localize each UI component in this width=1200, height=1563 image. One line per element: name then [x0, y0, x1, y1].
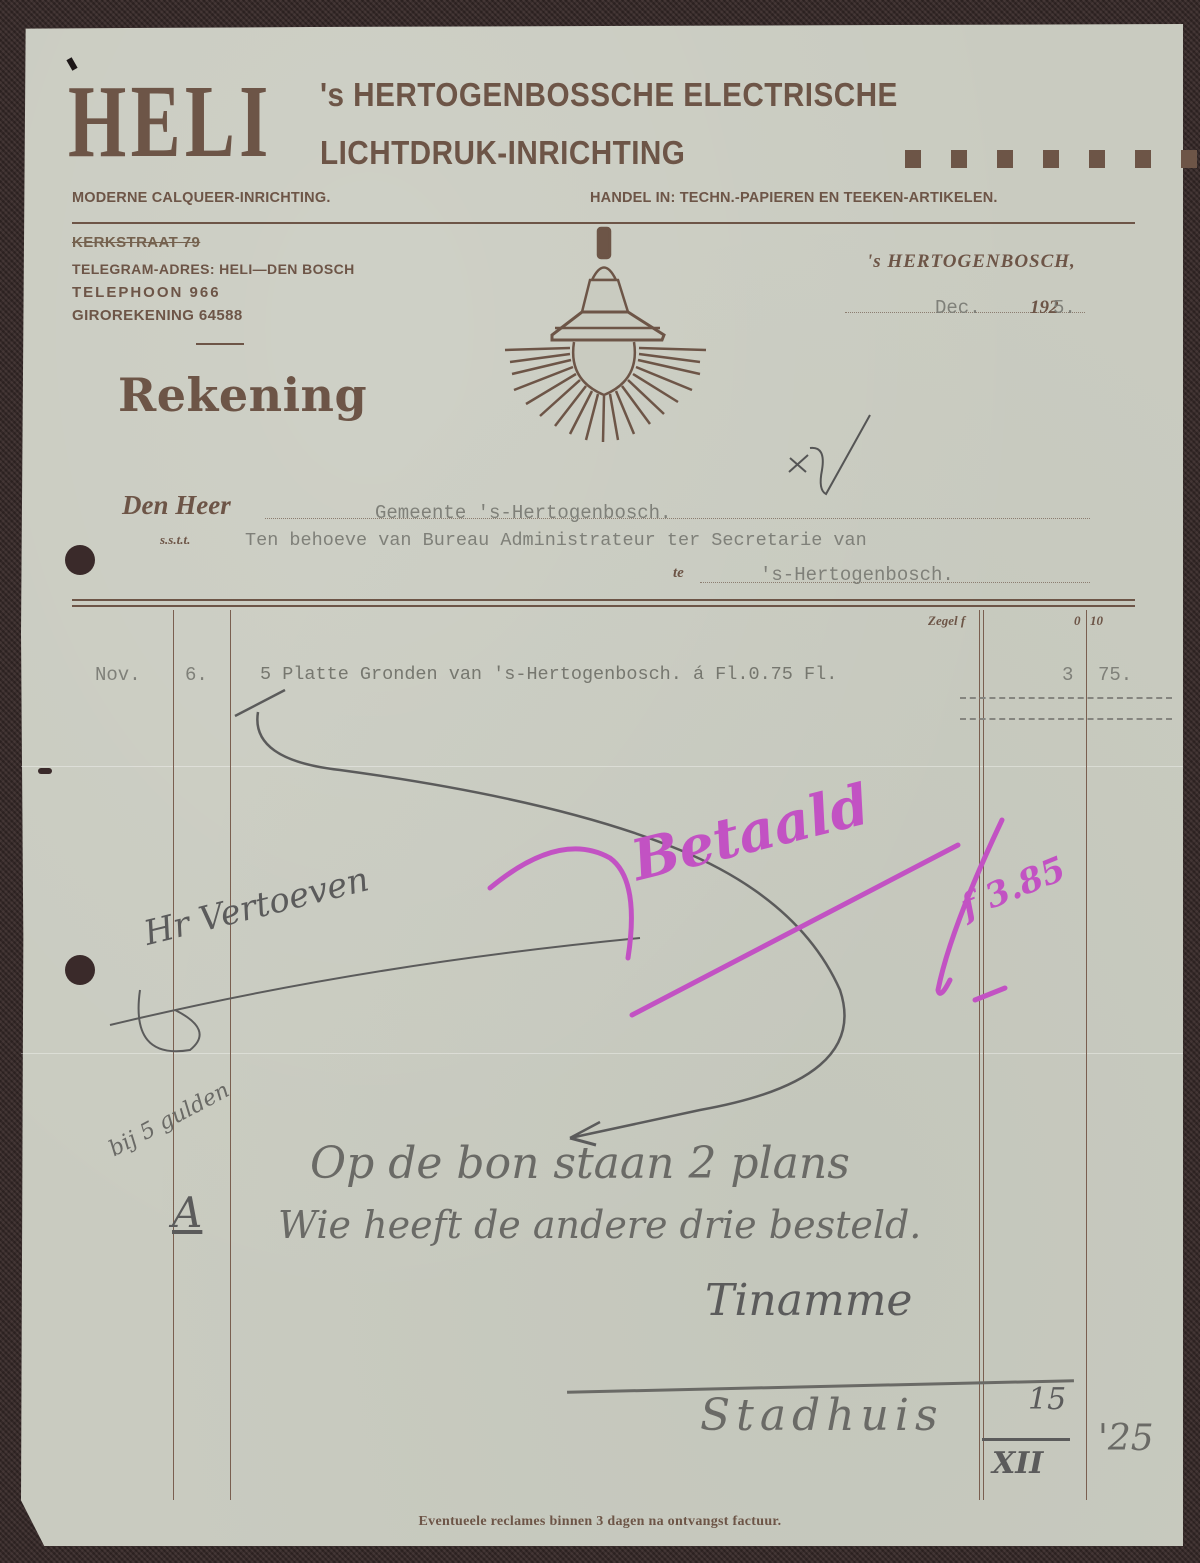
row-description: 5 Platte Gronden van 's-Hertogenbosch. á… [260, 664, 837, 685]
paper-tear [38, 768, 52, 774]
tagline-left: MODERNE CALQUEER-INRICHTING. [72, 190, 331, 206]
total-dash-line-1 [960, 697, 1172, 699]
brand-logo-text: HELI [68, 72, 273, 172]
punch-hole-bottom [65, 955, 95, 985]
footer-note: Eventueele reclames binnen 3 dagen na on… [0, 1514, 1200, 1530]
company-name-line2: LICHTDRUK-INRICHTING [320, 134, 685, 172]
punch-hole-top [65, 545, 95, 575]
salutation: Den Heer [122, 490, 231, 521]
decorative-squares [905, 150, 1197, 168]
recipient-city: 's-Hertogenbosch. [760, 564, 954, 586]
fold-line [21, 766, 1183, 767]
stamp-value-cents: 10 [1090, 613, 1103, 629]
recipient-name: Gemeente 's-Hertogenbosch. [375, 502, 671, 524]
sstl-label: s.s.t.t. [160, 532, 190, 548]
stamp-value-guilders: 0 [1074, 613, 1081, 629]
column-divider-cents [1086, 610, 1087, 1500]
document-title: Rekening [118, 368, 367, 422]
column-divider-month [173, 610, 174, 1500]
pencil-signature: Tinamme [705, 1275, 912, 1326]
invoice-year-typed: 5. [1053, 297, 1076, 319]
margin-mark: A [172, 1188, 202, 1237]
sender-telephone: TELEPHOON 966 [72, 284, 221, 301]
row-cents: 75. [1098, 664, 1132, 686]
invoice-month: Dec. [935, 297, 981, 319]
column-divider-amount-1 [979, 610, 980, 1500]
column-divider-amount-2 [983, 610, 984, 1500]
zegel-label: Zegel f [928, 613, 965, 629]
header-rule [72, 222, 1135, 224]
table-top-rule-2 [72, 605, 1135, 607]
total-dash-line-2 [960, 718, 1172, 720]
date-month-note: XII [992, 1446, 1043, 1481]
row-guilders: 3 [1062, 664, 1073, 686]
row-day: 6. [185, 664, 208, 686]
recipient-attention: Ten behoeve van Bureau Administrateur te… [245, 530, 867, 551]
row-month: Nov. [95, 664, 141, 686]
te-label: te [673, 565, 684, 582]
table-top-rule [72, 599, 1135, 601]
date-year-note: '25 [1098, 1418, 1154, 1459]
fold-line [21, 1053, 1183, 1054]
sender-street: KERKSTRAAT 79 [72, 234, 200, 251]
location-note: Stadhuis [700, 1390, 944, 1441]
sender-telegram: TELEGRAM-ADRES: HELI—DEN BOSCH [72, 261, 355, 277]
sender-giro: GIROREKENING 64588 [72, 307, 243, 324]
company-name-line1: 's HERTOGENBOSSCHE ELECTRISCHE [320, 76, 898, 114]
tagline-right: HANDEL IN: TECHN.-PAPIEREN EN TEEKEN-ART… [590, 190, 998, 206]
short-divider [196, 343, 244, 345]
pencil-note-line2: Wie heeft de andere drie besteld. [278, 1203, 921, 1247]
pencil-note-line1: Op de bon staan 2 plans [310, 1138, 850, 1189]
date-day-note: 15 [1028, 1382, 1066, 1417]
date-fraction-bar [982, 1438, 1070, 1441]
invoice-place: 's HERTOGENBOSCH, [867, 251, 1076, 273]
column-divider-day [230, 610, 231, 1500]
